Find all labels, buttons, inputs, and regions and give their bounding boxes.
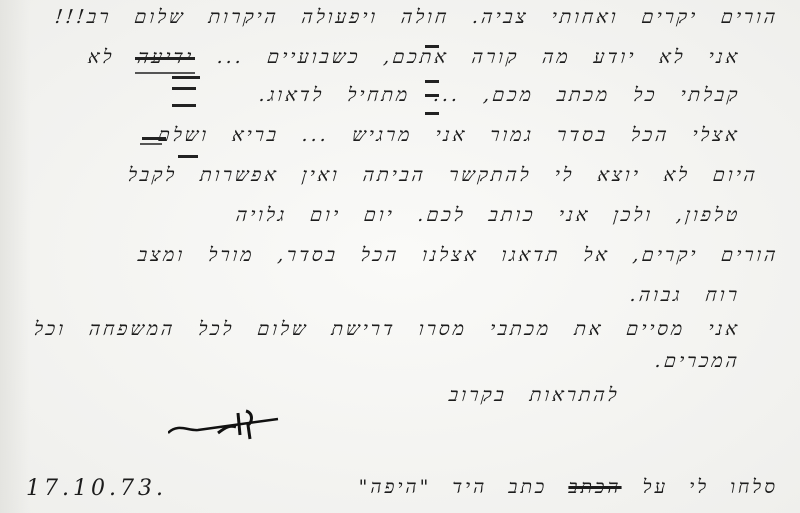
closing-line: להתראות בקרוב (448, 384, 621, 407)
letter-line-5: היום לא יוצא לי להתקשר הביתה ואין אפשרות… (127, 164, 759, 187)
letter-line-4: אצלי הכל בסדר גמור אני מרגיש ... בריא וש… (157, 124, 741, 147)
letter-line-8: רוח גבוה. (629, 284, 741, 307)
letter-date: 17.10.73. (26, 476, 167, 501)
letter-line-10: המכרים. (654, 350, 741, 373)
letter-line-6: טלפון, ולכן אני כותב לכם. יום יום גלויה (235, 204, 742, 227)
letter-line-3: קבלתי כל מכתב מכם, ... מתחיל לדאוג. (257, 84, 741, 107)
signature (168, 405, 288, 445)
postscript-struck-word: הכתב (568, 476, 621, 498)
postscript-suffix: כתב היד "היפה" (359, 476, 548, 498)
postscript-line: סלחו לי על הכתב כתב היד "היפה" (359, 476, 778, 499)
postscript-prefix: סלחו לי על (643, 476, 778, 498)
letter-line-7: הורים יקרים, אל תדאגו אצלנו הכל בסדר, מו… (136, 244, 779, 267)
letter-page: הורים יקרים ואחותי צביה. חולה ויפעולה הי… (0, 0, 800, 513)
letter-line-9: אני מסיים את מכתבי מסרו דרישת שלום לכל ה… (33, 318, 741, 341)
letter-line-greeting: הורים יקרים ואחותי צביה. חולה ויפעולה הי… (54, 6, 780, 29)
